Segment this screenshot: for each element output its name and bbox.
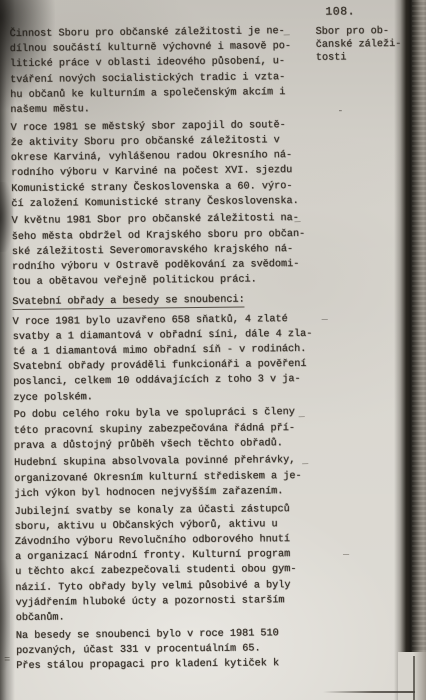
underlying-page-edge-vertical — [413, 656, 415, 700]
scan-artifact: _ — [284, 27, 290, 38]
scan-artifact: _ — [299, 409, 305, 420]
heading-line: Svatební obřady a besedy se snoubenci: — [12, 292, 342, 311]
underlying-page-edge-horizontal — [323, 691, 415, 693]
paragraph: Jubilejní svatby se konaly za účasti zás… — [15, 501, 346, 626]
paragraph: Na besedy se snoubenci bylo v roce 1981 … — [16, 625, 346, 674]
page-number: 108. — [325, 5, 355, 18]
heading: Svatební obřady a besedy se snoubenci: — [12, 292, 342, 311]
paragraph: Po dobu celého roku byla ve spolupráci s… — [14, 405, 344, 454]
scanned-page: 108. Sbor pro ob- čanské záleži- tosti Č… — [0, 0, 426, 700]
top-left-corner-shadow — [0, 0, 55, 110]
document-text: Činnost Sboru pro občanské záležitosti j… — [10, 24, 347, 677]
paragraph: V roce 1981 bylo uzavřeno 658 sňatků, 4 … — [13, 311, 344, 406]
scan-artifact: _ — [343, 546, 349, 557]
text-line: prava a důstojný průběh všech těchto obř… — [14, 435, 344, 454]
text-line: zyce polském. — [13, 387, 343, 406]
left-edge-smudge — [0, 560, 10, 670]
paragraph: V roce 1981 se městský sbor zapojil do s… — [10, 117, 341, 212]
paragraph: Hudební skupina absolvovala povinné přeh… — [14, 453, 344, 502]
paragraph: Činnost Sboru pro občanské záležitosti j… — [10, 24, 341, 119]
text-line: čí založení Komunistické strany Českoslo… — [11, 193, 341, 212]
scan-artifact: _ — [294, 214, 300, 225]
left-edge-smudge — [0, 182, 13, 252]
page-content: 108. Sbor pro ob- čanské záleži- tosti Č… — [0, 0, 426, 700]
text-line: našemu městu. — [10, 100, 340, 119]
text-line: jich výkon byl hodnocen nejvyšším zařaze… — [14, 483, 344, 502]
text-line: tou a obětavou veřejně politickou práci. — [12, 272, 342, 291]
scan-artifact: - — [337, 106, 343, 117]
paragraph: V květnu 1981 Sbor pro občanské záležito… — [11, 211, 342, 290]
scan-artifact: _ — [302, 456, 308, 467]
scan-artifact: _ — [322, 312, 328, 323]
text-line: Přes stálou propagaci pro kladení kytiče… — [16, 656, 346, 675]
underlying-page-corner — [398, 652, 426, 700]
binding-texture — [412, 0, 426, 700]
